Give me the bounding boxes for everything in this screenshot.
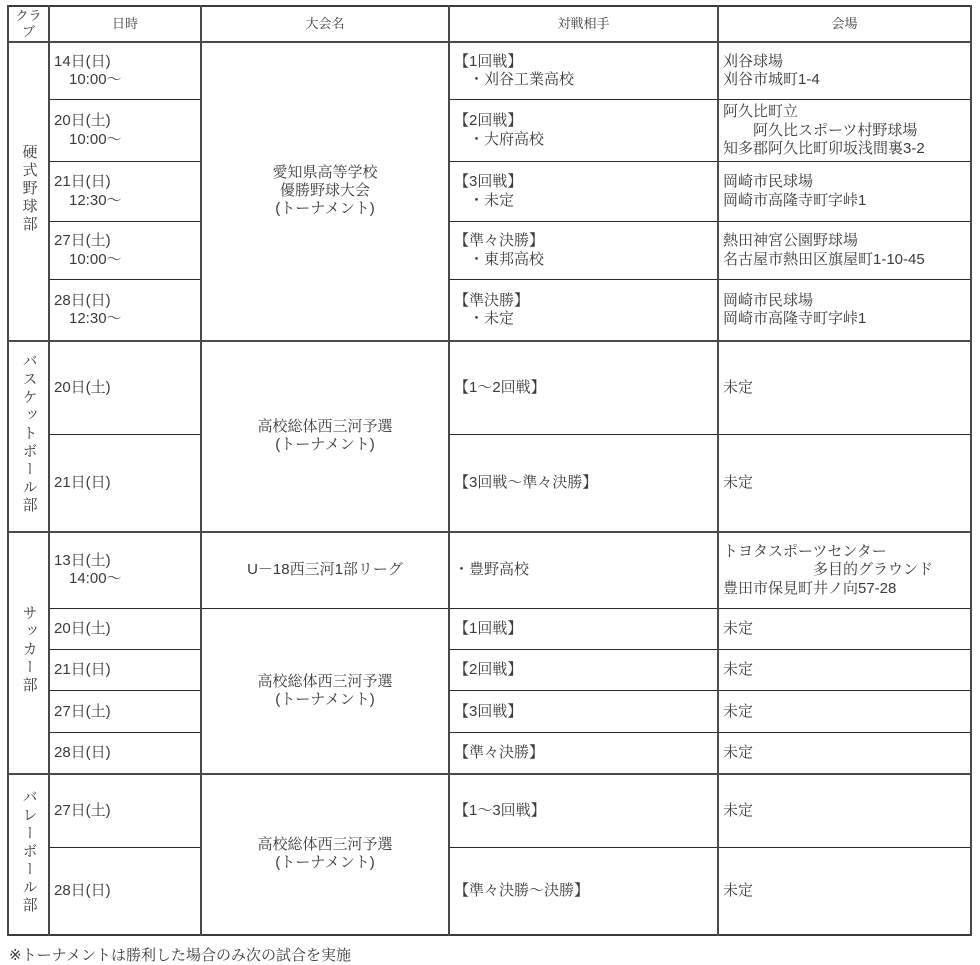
opponent-cell: 【1〜2回戦】 — [449, 341, 718, 435]
table-row: 28日(日) 【準々決勝〜決勝】 未定 — [8, 848, 971, 935]
opponent-cell: 【準々決勝〜決勝】 — [449, 848, 718, 935]
venue-cell: 未定 — [718, 691, 971, 733]
opponent-cell: 【準決勝】 ・未定 — [449, 280, 718, 341]
venue-cell: 未定 — [718, 341, 971, 435]
tournament-cell: 高校総体西三河予選 (トーナメント) — [201, 774, 449, 935]
table-row: 27日(土) 【3回戦】 未定 — [8, 691, 971, 733]
table-row: 20日(土) 10:00〜 【2回戦】 ・大府高校 阿久比町立 阿久比スポーツ村… — [8, 100, 971, 162]
club-label: バスケットボール部 — [19, 353, 37, 515]
opponent-cell: 【3回戦〜準々決勝】 — [449, 435, 718, 532]
table-row: 21日(日) 【2回戦】 未定 — [8, 650, 971, 691]
venue-cell: 阿久比町立 阿久比スポーツ村野球場 知多郡阿久比町卯坂浅間裏3-2 — [718, 100, 971, 162]
table-row: 20日(土) 高校総体西三河予選 (トーナメント) 【1回戦】 未定 — [8, 609, 971, 650]
header-cell-tournament: 大会名 — [201, 6, 449, 42]
date-cell: 20日(土) — [49, 609, 201, 650]
table-row: バレーボール部 27日(土) 高校総体西三河予選 (トーナメント) 【1〜3回戦… — [8, 774, 971, 848]
date-cell: 20日(土) — [49, 341, 201, 435]
date-cell: 21日(日) — [49, 435, 201, 532]
venue-cell: 未定 — [718, 435, 971, 532]
table-row: 21日(日) 【3回戦〜準々決勝】 未定 — [8, 435, 971, 532]
header-cell-datetime: 日時 — [49, 6, 201, 42]
venue-cell: 岡崎市民球場 岡崎市高隆寺町字峠1 — [718, 162, 971, 222]
table-row: バスケットボール部 20日(土) 高校総体西三河予選 (トーナメント) 【1〜2… — [8, 341, 971, 435]
date-cell: 28日(日) — [49, 733, 201, 774]
opponent-cell: 【1回戦】 ・刈谷工業高校 — [449, 42, 718, 100]
date-cell: 27日(土) 10:00〜 — [49, 222, 201, 280]
date-cell: 21日(日) — [49, 650, 201, 691]
date-cell: 27日(土) — [49, 774, 201, 848]
tournament-cell: 愛知県高等学校 優勝野球大会 (トーナメント) — [201, 42, 449, 341]
club-cell-soccer: サッカー部 — [8, 532, 49, 774]
venue-cell: 未定 — [718, 733, 971, 774]
opponent-cell: 【準々決勝】 — [449, 733, 718, 774]
opponent-cell: 【1回戦】 — [449, 609, 718, 650]
club-schedule-table: クラブ 日時 大会名 対戦相手 会場 硬式野球部 14日(日) 10:00〜 愛… — [7, 5, 972, 936]
table-row: 硬式野球部 14日(日) 10:00〜 愛知県高等学校 優勝野球大会 (トーナメ… — [8, 42, 971, 100]
schedule-sheet: クラブ 日時 大会名 対戦相手 会場 硬式野球部 14日(日) 10:00〜 愛… — [0, 0, 980, 965]
header-row: クラブ 日時 大会名 対戦相手 会場 — [8, 6, 971, 42]
venue-cell: 未定 — [718, 848, 971, 935]
tournament-cell: U－18西三河1部リーグ — [201, 532, 449, 609]
opponent-cell: 【3回戦】 ・未定 — [449, 162, 718, 222]
table-row: 27日(土) 10:00〜 【準々決勝】 ・東邦高校 熱田神宮公園野球場 名古屋… — [8, 222, 971, 280]
club-cell-basketball: バスケットボール部 — [8, 341, 49, 532]
date-cell: 13日(土) 14:00〜 — [49, 532, 201, 609]
date-cell: 27日(土) — [49, 691, 201, 733]
footnote: ※トーナメントは勝利した場合のみ次の試合を実施 — [9, 944, 980, 965]
tournament-cell: 高校総体西三河予選 (トーナメント) — [201, 341, 449, 532]
date-cell: 14日(日) 10:00〜 — [49, 42, 201, 100]
venue-cell: トヨタスポーツセンター 多目的グラウンド 豊田市保見町井ノ向57-28 — [718, 532, 971, 609]
venue-cell: 未定 — [718, 650, 971, 691]
header-cell-club: クラブ — [8, 6, 49, 42]
opponent-cell: ・豊野高校 — [449, 532, 718, 609]
venue-cell: 未定 — [718, 774, 971, 848]
club-cell-volleyball: バレーボール部 — [8, 774, 49, 935]
club-label: サッカー部 — [19, 605, 37, 695]
tournament-cell: 高校総体西三河予選 (トーナメント) — [201, 609, 449, 774]
opponent-cell: 【3回戦】 — [449, 691, 718, 733]
opponent-cell: 【2回戦】 ・大府高校 — [449, 100, 718, 162]
date-cell: 28日(日) — [49, 848, 201, 935]
table-row: 28日(日) 12:30〜 【準決勝】 ・未定 岡崎市民球場 岡崎市高隆寺町字峠… — [8, 280, 971, 341]
club-label: バレーボール部 — [19, 789, 37, 915]
opponent-cell: 【準々決勝】 ・東邦高校 — [449, 222, 718, 280]
venue-cell: 刈谷球場 刈谷市城町1-4 — [718, 42, 971, 100]
date-cell: 20日(土) 10:00〜 — [49, 100, 201, 162]
table-row: 21日(日) 12:30〜 【3回戦】 ・未定 岡崎市民球場 岡崎市高隆寺町字峠… — [8, 162, 971, 222]
club-label: 硬式野球部 — [19, 144, 37, 234]
opponent-cell: 【2回戦】 — [449, 650, 718, 691]
venue-cell: 未定 — [718, 609, 971, 650]
date-cell: 28日(日) 12:30〜 — [49, 280, 201, 341]
venue-cell: 熱田神宮公園野球場 名古屋市熱田区旗屋町1-10-45 — [718, 222, 971, 280]
table-row: サッカー部 13日(土) 14:00〜 U－18西三河1部リーグ ・豊野高校 ト… — [8, 532, 971, 609]
header-cell-opponent: 対戦相手 — [449, 6, 718, 42]
header-cell-venue: 会場 — [718, 6, 971, 42]
table-row: 28日(日) 【準々決勝】 未定 — [8, 733, 971, 774]
date-cell: 21日(日) 12:30〜 — [49, 162, 201, 222]
club-cell-baseball: 硬式野球部 — [8, 42, 49, 341]
venue-cell: 岡崎市民球場 岡崎市高隆寺町字峠1 — [718, 280, 971, 341]
opponent-cell: 【1〜3回戦】 — [449, 774, 718, 848]
